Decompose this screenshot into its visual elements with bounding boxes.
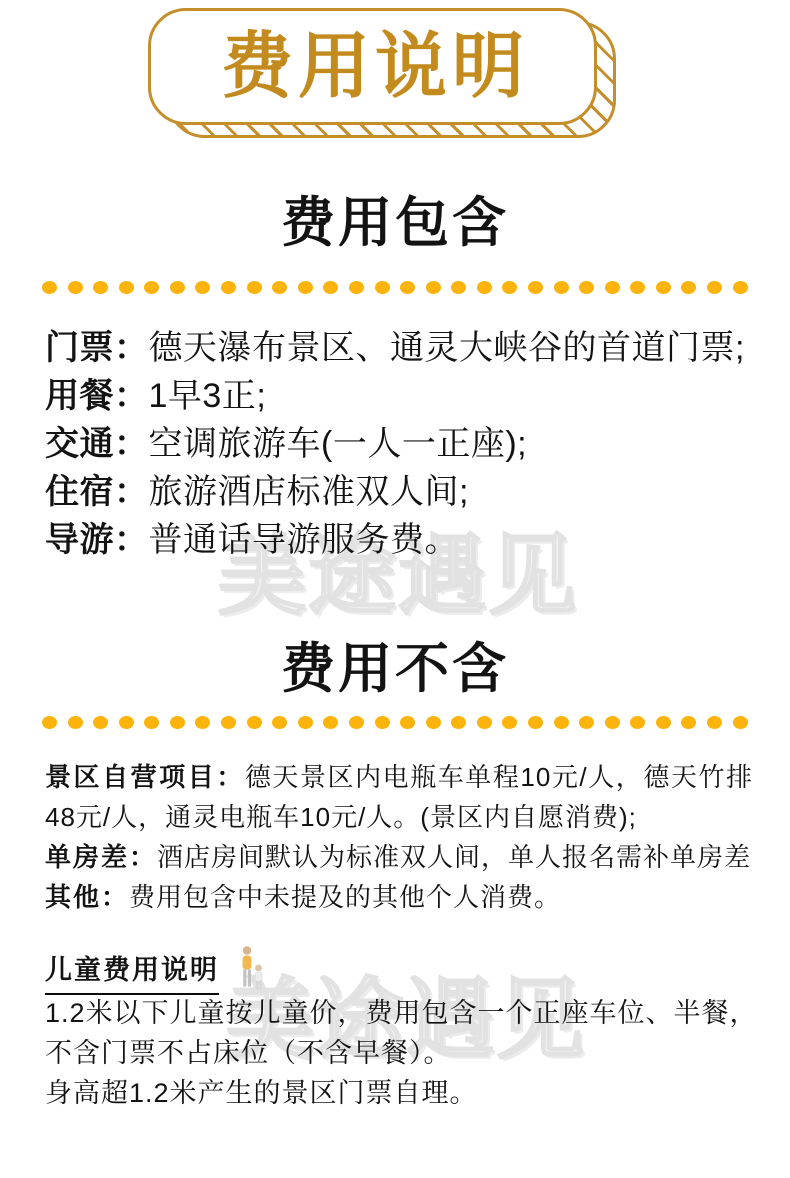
item-label: 景区自营项目： xyxy=(45,762,245,792)
fee-description-poster: 美途遇见 美途遇见 费用说明 费用包含 门票：德天瀑布景区、通灵大峡谷的首道门票… xyxy=(0,0,790,1178)
children-fee-details: 1.2米以下儿童按儿童价，费用包含一个正座车位、半餐，不含门票不占床位（不含早餐… xyxy=(45,993,759,1113)
dot-divider xyxy=(42,280,748,294)
children-fee-paragraph: 1.2米以下儿童按儿童价，费用包含一个正座车位、半餐，不含门票不占床位（不含早餐… xyxy=(45,993,759,1073)
page-title: 费用说明 xyxy=(216,31,529,103)
item-label: 导游： xyxy=(45,521,149,559)
excluded-fee-list: 景区自营项目：德天景区内电瓶车单程10元/人，德天竹排48元/人，通灵电瓶车10… xyxy=(45,757,753,917)
list-item-tickets: 门票：德天瀑布景区、通灵大峡谷的首道门票; xyxy=(45,324,761,372)
item-text: 酒店房间默认为标准双人间，单人报名需补单房差 xyxy=(157,842,751,872)
children-fee-paragraph: 身高超1.2米产生的景区门票自理。 xyxy=(45,1073,759,1113)
item-text: 1早3正; xyxy=(149,377,267,415)
list-item-transport: 交通：空调旅游车(一人一正座); xyxy=(45,420,761,468)
item-text: 空调旅游车(一人一正座); xyxy=(149,425,528,463)
item-text: 德天瀑布景区、通灵大峡谷的首道门票; xyxy=(149,329,745,367)
item-text: 旅游酒店标准双人间; xyxy=(149,473,469,511)
list-item-lodging: 住宿：旅游酒店标准双人间; xyxy=(45,468,761,516)
section-title-included: 费用包含 xyxy=(0,194,790,253)
adult-with-child-icon xyxy=(233,945,269,995)
item-label: 门票： xyxy=(45,329,149,367)
item-label: 用餐： xyxy=(45,377,149,415)
list-item-single-room-supplement: 单房差：酒店房间默认为标准双人间，单人报名需补单房差 xyxy=(45,837,753,877)
list-item-guide: 导游：普通话导游服务费。 xyxy=(45,516,761,564)
item-label: 住宿： xyxy=(45,473,149,511)
header-banner: 费用说明 xyxy=(148,8,622,148)
children-fee-heading-row: 儿童费用说明 xyxy=(45,945,269,995)
item-label: 其他： xyxy=(45,882,129,912)
dot-divider xyxy=(42,715,748,729)
item-label: 交通： xyxy=(45,425,149,463)
banner-frame: 费用说明 xyxy=(148,8,597,125)
item-text: 普通话导游服务费。 xyxy=(149,521,460,559)
included-fee-list: 门票：德天瀑布景区、通灵大峡谷的首道门票; 用餐：1早3正; 交通：空调旅游车(… xyxy=(45,324,761,564)
item-label: 单房差： xyxy=(45,842,157,872)
list-item-scenic-self-operated: 景区自营项目：德天景区内电瓶车单程10元/人，德天竹排48元/人，通灵电瓶车10… xyxy=(45,757,753,837)
item-text: 费用包含中未提及的其他个人消费。 xyxy=(129,882,561,912)
list-item-other: 其他：费用包含中未提及的其他个人消费。 xyxy=(45,877,753,917)
children-fee-title: 儿童费用说明 xyxy=(45,948,219,995)
section-title-excluded: 费用不含 xyxy=(0,640,790,699)
list-item-meals: 用餐：1早3正; xyxy=(45,372,761,420)
